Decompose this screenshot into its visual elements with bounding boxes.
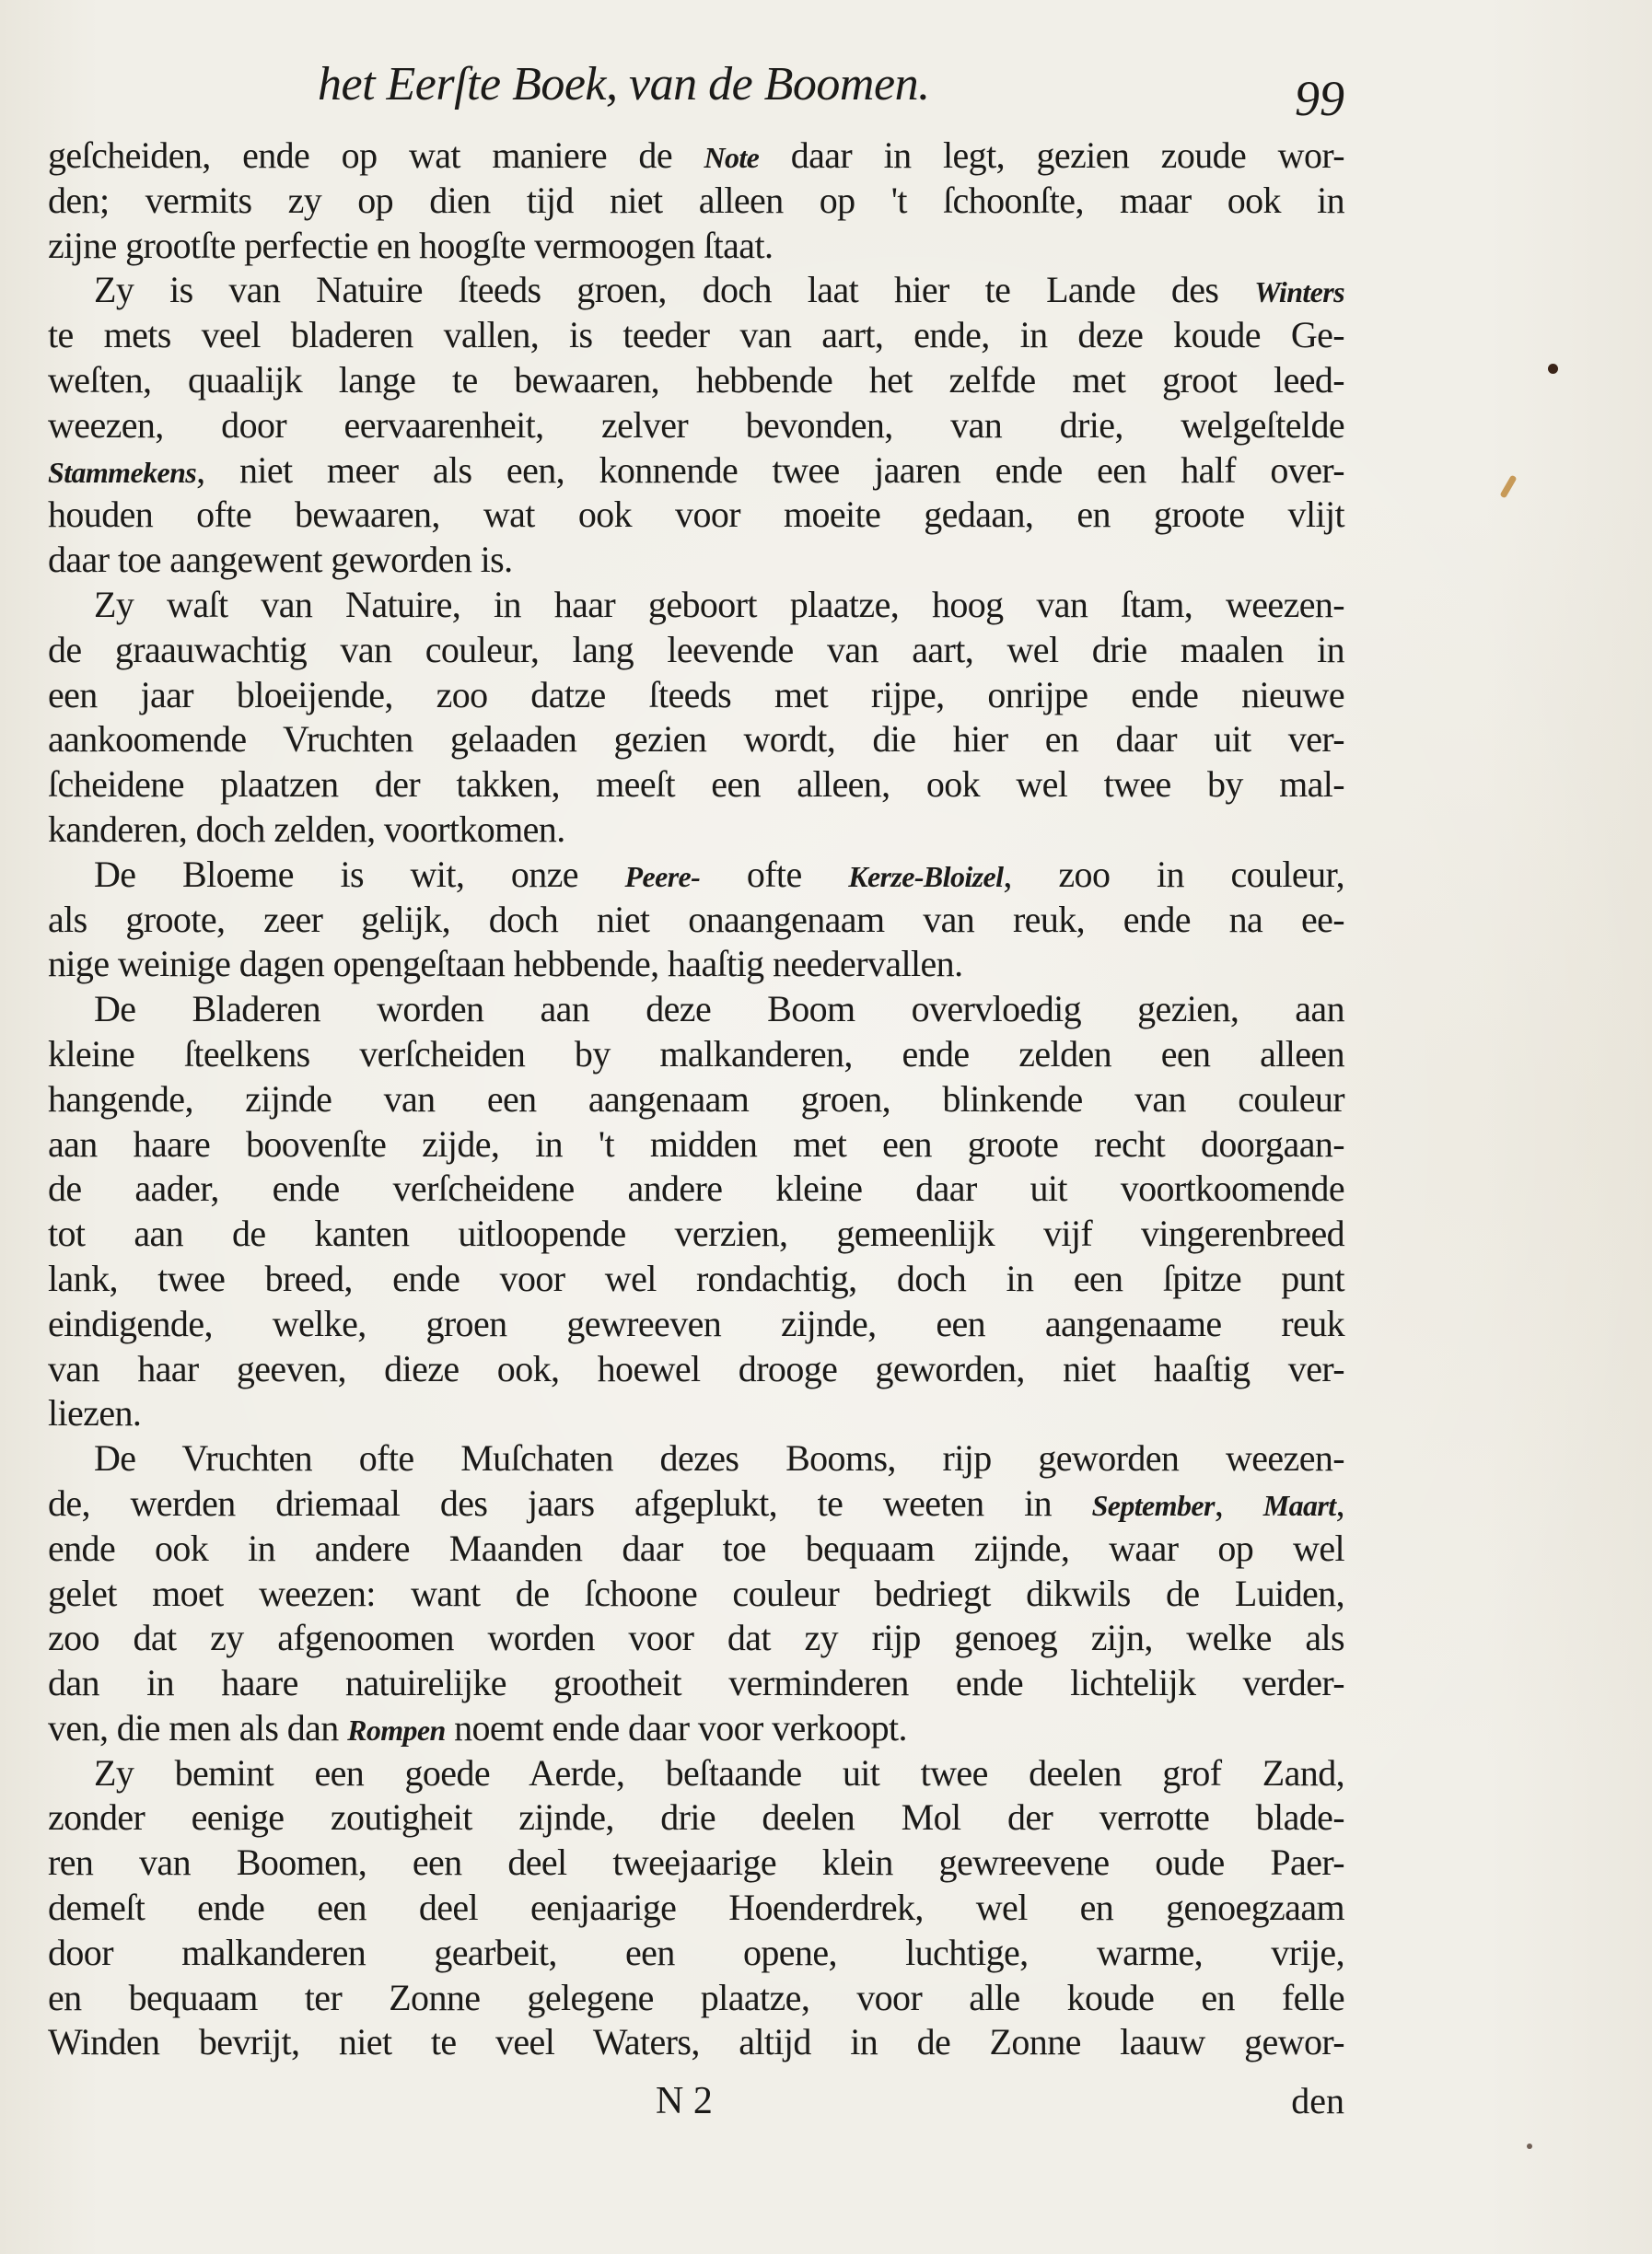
ink-speck <box>1527 2144 1532 2149</box>
text-line: nige weinige dagen opengeſtaan hebbende,… <box>48 942 1344 987</box>
paragraph: Zy is van Natuire ſteeds groen, doch laa… <box>48 268 1344 583</box>
text-line: liezen. <box>48 1391 1344 1436</box>
page-header: het Eerſte Boek, van de Boomen. 99 <box>318 57 1344 122</box>
text-line: ſcheidene plaatzen der takken, meeſt een… <box>48 762 1344 807</box>
catchword: den <box>1291 2079 1344 2122</box>
text-line: ven, die men als dan Rompen noemt ende d… <box>48 1706 1344 1751</box>
page-number: 99 <box>1295 70 1344 127</box>
text-line: zijne grootſte perfectie en hoogſte verm… <box>48 224 1344 269</box>
ink-speck <box>1548 364 1558 374</box>
italic-term: Stammekens <box>48 456 196 489</box>
text-line: daar toe aangewent geworden is. <box>48 538 1344 583</box>
italic-term: Kerze-Bloizel <box>848 860 1003 893</box>
text-line: kanderen, doch zelden, voortkomen. <box>48 807 1344 853</box>
paragraph: geſcheiden, ende op wat maniere de Note … <box>48 134 1344 268</box>
text-line: demeſt ende een deel eenjaarige Hoenderd… <box>48 1886 1344 1931</box>
text-line: de aader, ende verſcheidene andere klein… <box>48 1167 1344 1212</box>
paragraph: De Bladeren worden aan deze Boom overvlo… <box>48 987 1344 1436</box>
italic-term: Winters <box>1254 275 1344 308</box>
italic-term: Peere- <box>625 860 701 893</box>
text-line: van haar geeven, dieze ook, hoewel droog… <box>48 1347 1344 1392</box>
text-line: Stammekens, niet meer als een, konnende … <box>48 448 1344 494</box>
running-head: het Eerſte Boek, van de Boomen. <box>318 57 930 111</box>
text-line: Winden bevrijt, niet te veel Waters, alt… <box>48 2020 1344 2065</box>
text-line: te mets veel bladeren vallen, is teeder … <box>48 313 1344 358</box>
text-line: weſten, quaalijk lange te bewaaren, hebb… <box>48 358 1344 403</box>
text-line: door malkanderen gearbeit, een opene, lu… <box>48 1931 1344 1976</box>
text-line: De Bloeme is wit, onze Peere- ofte Kerze… <box>48 853 1344 898</box>
text-line: een jaar bloeijende, zoo datze ſteeds me… <box>48 673 1344 718</box>
text-line: aan haare boovenſte zijde, in 't midden … <box>48 1122 1344 1168</box>
text-line: en bequaam ter Zonne gelegene plaatze, v… <box>48 1976 1344 2021</box>
text-line: dan in haare natuirelijke grootheit verm… <box>48 1661 1344 1706</box>
body-text: geſcheiden, ende op wat maniere de Note … <box>48 134 1344 2065</box>
text-line: hangende, zijnde van een aangenaam groen… <box>48 1077 1344 1122</box>
italic-term: Maart <box>1263 1489 1336 1522</box>
text-line: de, werden driemaal des jaars afgeplukt,… <box>48 1481 1344 1527</box>
italic-term: September <box>1092 1489 1215 1522</box>
text-line: geſcheiden, ende op wat maniere de Note … <box>48 134 1344 179</box>
text-line: De Vruchten ofte Muſchaten dezes Booms, … <box>48 1436 1344 1481</box>
text-line: houden ofte bewaaren, wat ook voor moeit… <box>48 493 1344 538</box>
italic-term: Note <box>704 141 759 174</box>
italic-term: Rompen <box>347 1714 446 1747</box>
paragraph: Zy bemint een goede Aerde, beſtaande uit… <box>48 1751 1344 2066</box>
text-line: De Bladeren worden aan deze Boom overvlo… <box>48 987 1344 1032</box>
signature-mark: N 2 <box>656 2079 713 2123</box>
text-line: tot aan de kanten uitloopende verzien, g… <box>48 1212 1344 1257</box>
paragraph: De Vruchten ofte Muſchaten dezes Booms, … <box>48 1436 1344 1751</box>
text-line: kleine ſteelkens verſcheiden by malkande… <box>48 1032 1344 1077</box>
text-line: Zy is van Natuire ſteeds groen, doch laa… <box>48 268 1344 313</box>
text-line: zonder eenige zoutigheit zijnde, drie de… <box>48 1795 1344 1841</box>
text-line: weezen, door eervaarenheit, zelver bevon… <box>48 403 1344 448</box>
text-line: als groote, zeer gelijk, doch niet onaan… <box>48 898 1344 943</box>
text-line: zoo dat zy afgenoomen worden voor dat zy… <box>48 1616 1344 1661</box>
text-line: eindigende, welke, groen gewreeven zijnd… <box>48 1302 1344 1347</box>
text-line: ende ook in andere Maanden daar toe bequ… <box>48 1527 1344 1572</box>
page-footer: N 2 den <box>48 2079 1344 2125</box>
paragraph: Zy waſt van Natuire, in haar geboort pla… <box>48 583 1344 853</box>
text-line: aankoomende Vruchten gelaaden gezien wor… <box>48 717 1344 762</box>
text-line: lank, twee breed, ende voor wel rondacht… <box>48 1257 1344 1302</box>
text-line: Zy waſt van Natuire, in haar geboort pla… <box>48 583 1344 628</box>
text-line: Zy bemint een goede Aerde, beſtaande uit… <box>48 1751 1344 1796</box>
text-line: ren van Boomen, een deel tweejaarige kle… <box>48 1841 1344 1886</box>
text-line: de graauwachtig van couleur, lang leeven… <box>48 628 1344 673</box>
paragraph: De Bloeme is wit, onze Peere- ofte Kerze… <box>48 853 1344 987</box>
text-line: gelet moet weezen: want de ſchoone coule… <box>48 1572 1344 1617</box>
text-line: den; vermits zy op dien tijd niet alleen… <box>48 179 1344 224</box>
